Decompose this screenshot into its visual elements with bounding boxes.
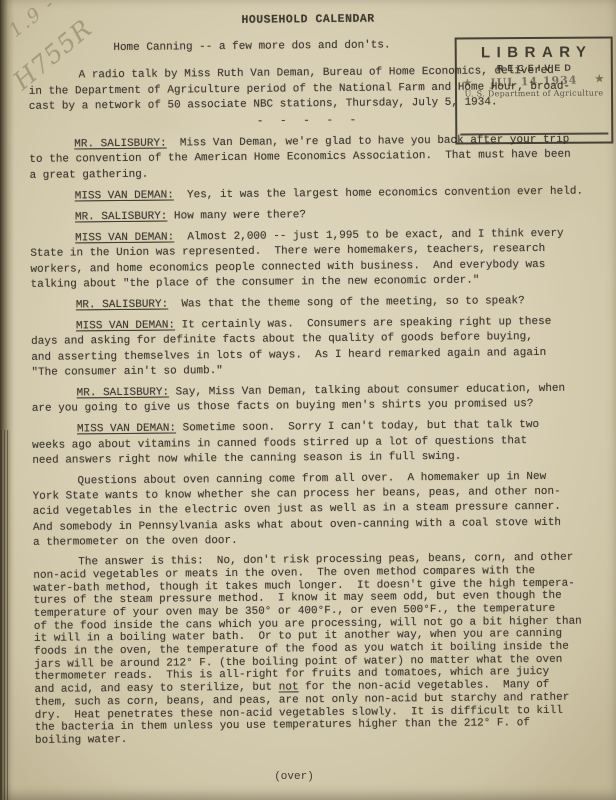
- dialogue-paragraph: MR. SALISBURY: Was that the theme song o…: [31, 294, 591, 315]
- library-received-stamp: LIBRARY RECEIVED ★ JUL 14 1934 ★ U. S. D…: [455, 36, 614, 144]
- answer-paragraph: The answer is this: No, don't risk proce…: [33, 552, 595, 748]
- star-icon: ★: [463, 78, 473, 89]
- speaker-name: MISS VAN DEMAN:: [76, 320, 175, 333]
- questions-paragraph: Questions about oven canning come from a…: [32, 470, 593, 551]
- speaker-name: MISS VAN DEMAN:: [75, 189, 174, 202]
- scanned-document-page: 1.9 - H755R HOUSEHOLD CALENDAR Home Cann…: [0, 0, 616, 800]
- speaker-name: MR. SALISBURY:: [76, 299, 169, 312]
- star-icon: ★: [595, 74, 605, 85]
- speaker-name: MISS VAN DEMAN:: [77, 423, 176, 436]
- over-page-marker: (over): [0, 771, 602, 783]
- stamp-received-text: RECEIVED: [457, 62, 611, 73]
- stamp-signature-line: [460, 132, 608, 135]
- speaker-name: MR. SALISBURY:: [75, 211, 168, 224]
- stamp-date-text: JUL 14 1934: [490, 74, 578, 90]
- dialogue-text: Yes, it was the largest home economics c…: [174, 185, 583, 201]
- dialogue-paragraph: MISS VAN DEMAN: Yes, it was the largest …: [30, 184, 590, 205]
- dialogue-paragraph: MISS VAN DEMAN: Almost 2,000 -- just 1,9…: [30, 227, 591, 293]
- dialogue-paragraph: MISS VAN DEMAN: It certainly was. Consum…: [31, 315, 592, 381]
- page-edge-lines: [1, 430, 10, 800]
- dialogue-text: How many were there?: [167, 209, 306, 222]
- page-title: HOUSEHOLD CALENDAR: [28, 10, 588, 31]
- stamp-org-text: U. S. Department of Agriculture: [457, 88, 611, 98]
- dialogue-text: Was that the theme song of the meeting, …: [168, 295, 525, 310]
- dialogue-paragraph: MR. SALISBURY: Say, Miss Van Deman, talk…: [32, 382, 592, 418]
- answer-text-before: The answer is this: No, don't risk proce…: [33, 552, 581, 696]
- stamp-library-text: LIBRARY: [457, 43, 611, 61]
- speaker-name: MR. SALISBURY:: [77, 387, 170, 400]
- speaker-name: MISS VAN DEMAN:: [75, 232, 174, 245]
- dialogue-paragraph: MISS VAN DEMAN: Sometime soon. Sorry I c…: [32, 418, 592, 469]
- dialogue-paragraph: MR. SALISBURY: How many were there?: [30, 206, 590, 227]
- speaker-name: MR. SALISBURY:: [74, 138, 167, 151]
- underlined-not: not: [279, 681, 299, 693]
